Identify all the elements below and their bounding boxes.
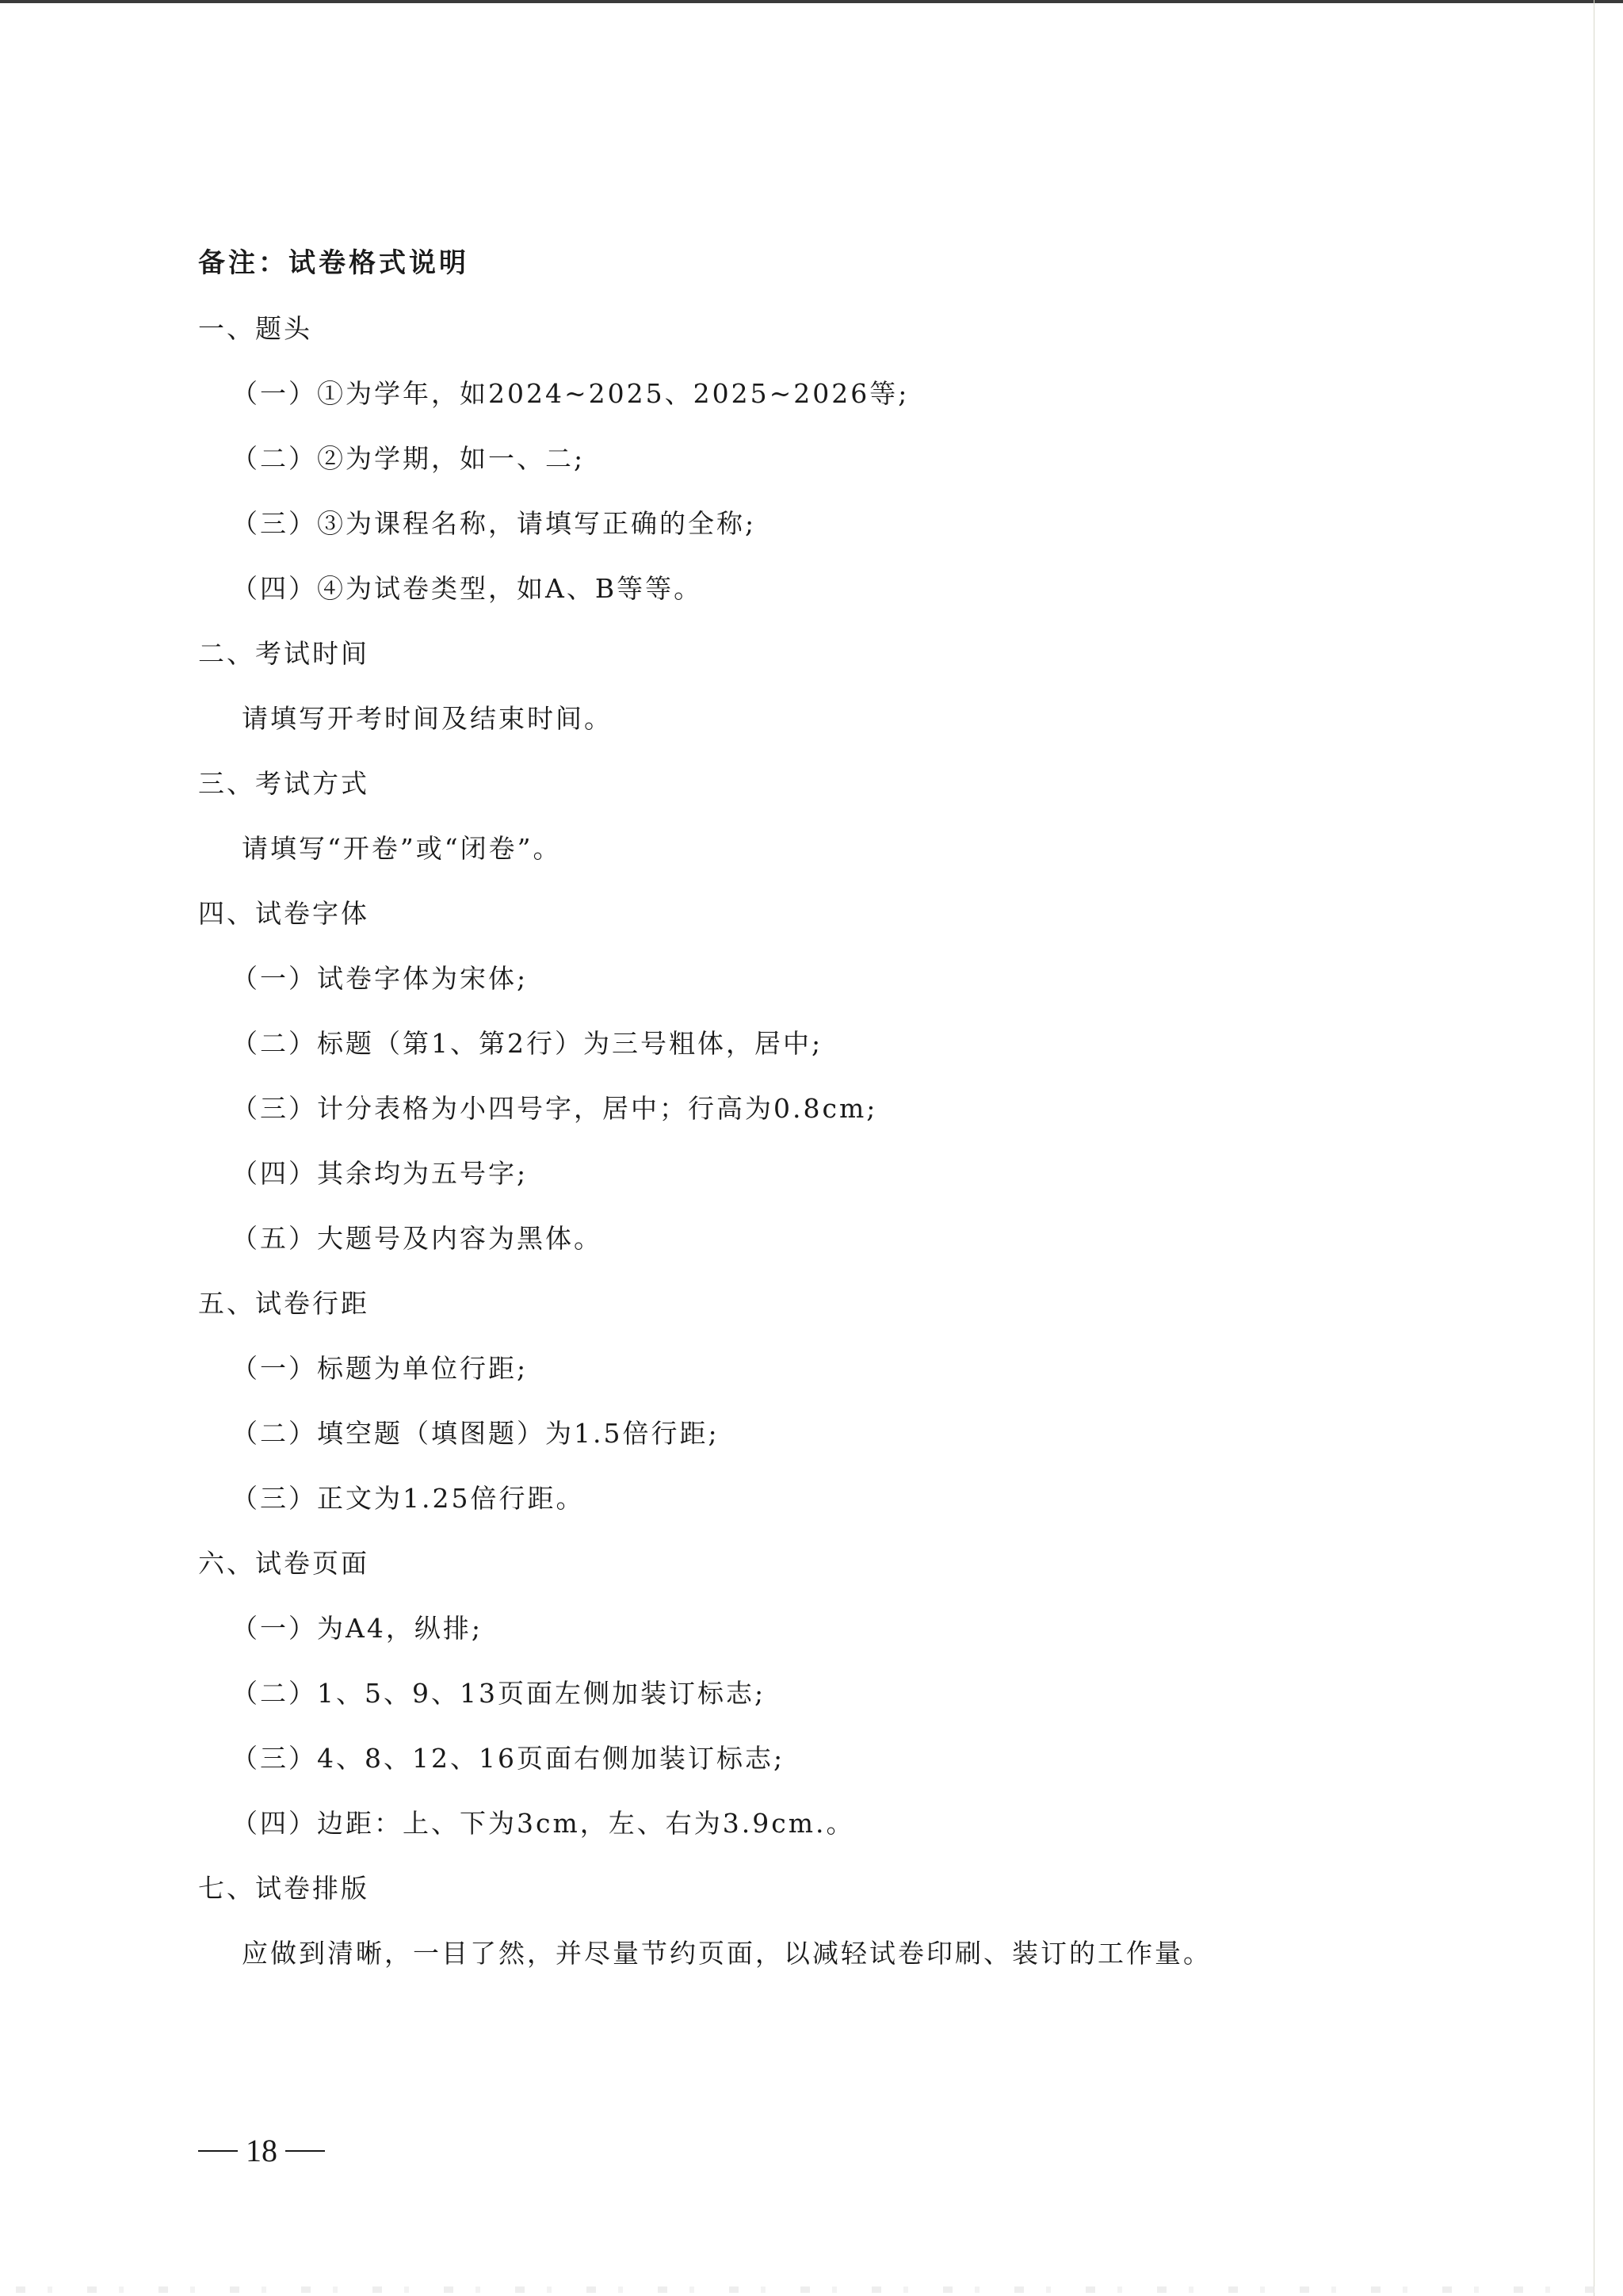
section-heading-layout: 七、试卷排版 xyxy=(198,1873,369,1904)
section-heading-page: 六、试卷页面 xyxy=(198,1548,369,1580)
page-number: 18 xyxy=(198,2132,325,2170)
list-item: （三）③为课程名称，请填写正确的全称; xyxy=(231,508,756,540)
dash-right xyxy=(285,2150,325,2152)
section-heading-exam-time: 二、考试时间 xyxy=(198,638,369,670)
section-heading-exam-mode: 三、考试方式 xyxy=(198,768,369,800)
section-paragraph: 请填写“开卷”或“闭卷”。 xyxy=(242,833,561,865)
list-item: （一）标题为单位行距; xyxy=(231,1353,528,1385)
list-item: （四）边距：上、下为3cm，左、右为3.9cm.。 xyxy=(231,1808,855,1839)
list-item: （二）填空题（填图题）为1.5倍行距; xyxy=(231,1418,720,1450)
list-item: （四）其余均为五号字; xyxy=(231,1158,528,1190)
list-item: （二）1、5、9、13页面左侧加装订标志; xyxy=(231,1678,766,1710)
list-item: （三）计分表格为小四号字，居中；行高为0.8cm; xyxy=(231,1093,877,1125)
list-item: （三）正文为1.25倍行距。 xyxy=(231,1483,584,1515)
section-heading-font: 四、试卷字体 xyxy=(198,898,369,930)
list-item: （三）4、8、12、16页面右侧加装订标志; xyxy=(231,1743,785,1775)
section-heading-line-spacing: 五、试卷行距 xyxy=(198,1288,369,1320)
section-heading-header: 一、题头 xyxy=(198,313,312,345)
document-title: 备注：试卷格式说明 xyxy=(198,247,469,279)
section-paragraph: 应做到清晰，一目了然，并尽量节约页面，以减轻试卷印刷、装订的工作量。 xyxy=(242,1938,1212,1969)
list-item: （四）④为试卷类型，如A、B等等。 xyxy=(231,573,702,605)
document-page: 备注：试卷格式说明 一、题头 （一）①为学年，如2024~2025、2025~2… xyxy=(0,0,1623,2296)
list-item: （二）②为学期，如一、二; xyxy=(231,443,585,475)
list-item: （一）①为学年，如2024~2025、2025~2026等; xyxy=(231,378,909,410)
list-item: （二）标题（第1、第2行）为三号粗体，居中; xyxy=(231,1028,823,1060)
list-item: （一）为A4，纵排; xyxy=(231,1613,483,1645)
dash-left xyxy=(198,2150,238,2152)
list-item: （五）大题号及内容为黑体。 xyxy=(231,1223,602,1255)
section-paragraph: 请填写开考时间及结束时间。 xyxy=(242,703,613,735)
page-number-value: 18 xyxy=(246,2132,277,2170)
list-item: （一）试卷字体为宋体; xyxy=(231,963,528,995)
